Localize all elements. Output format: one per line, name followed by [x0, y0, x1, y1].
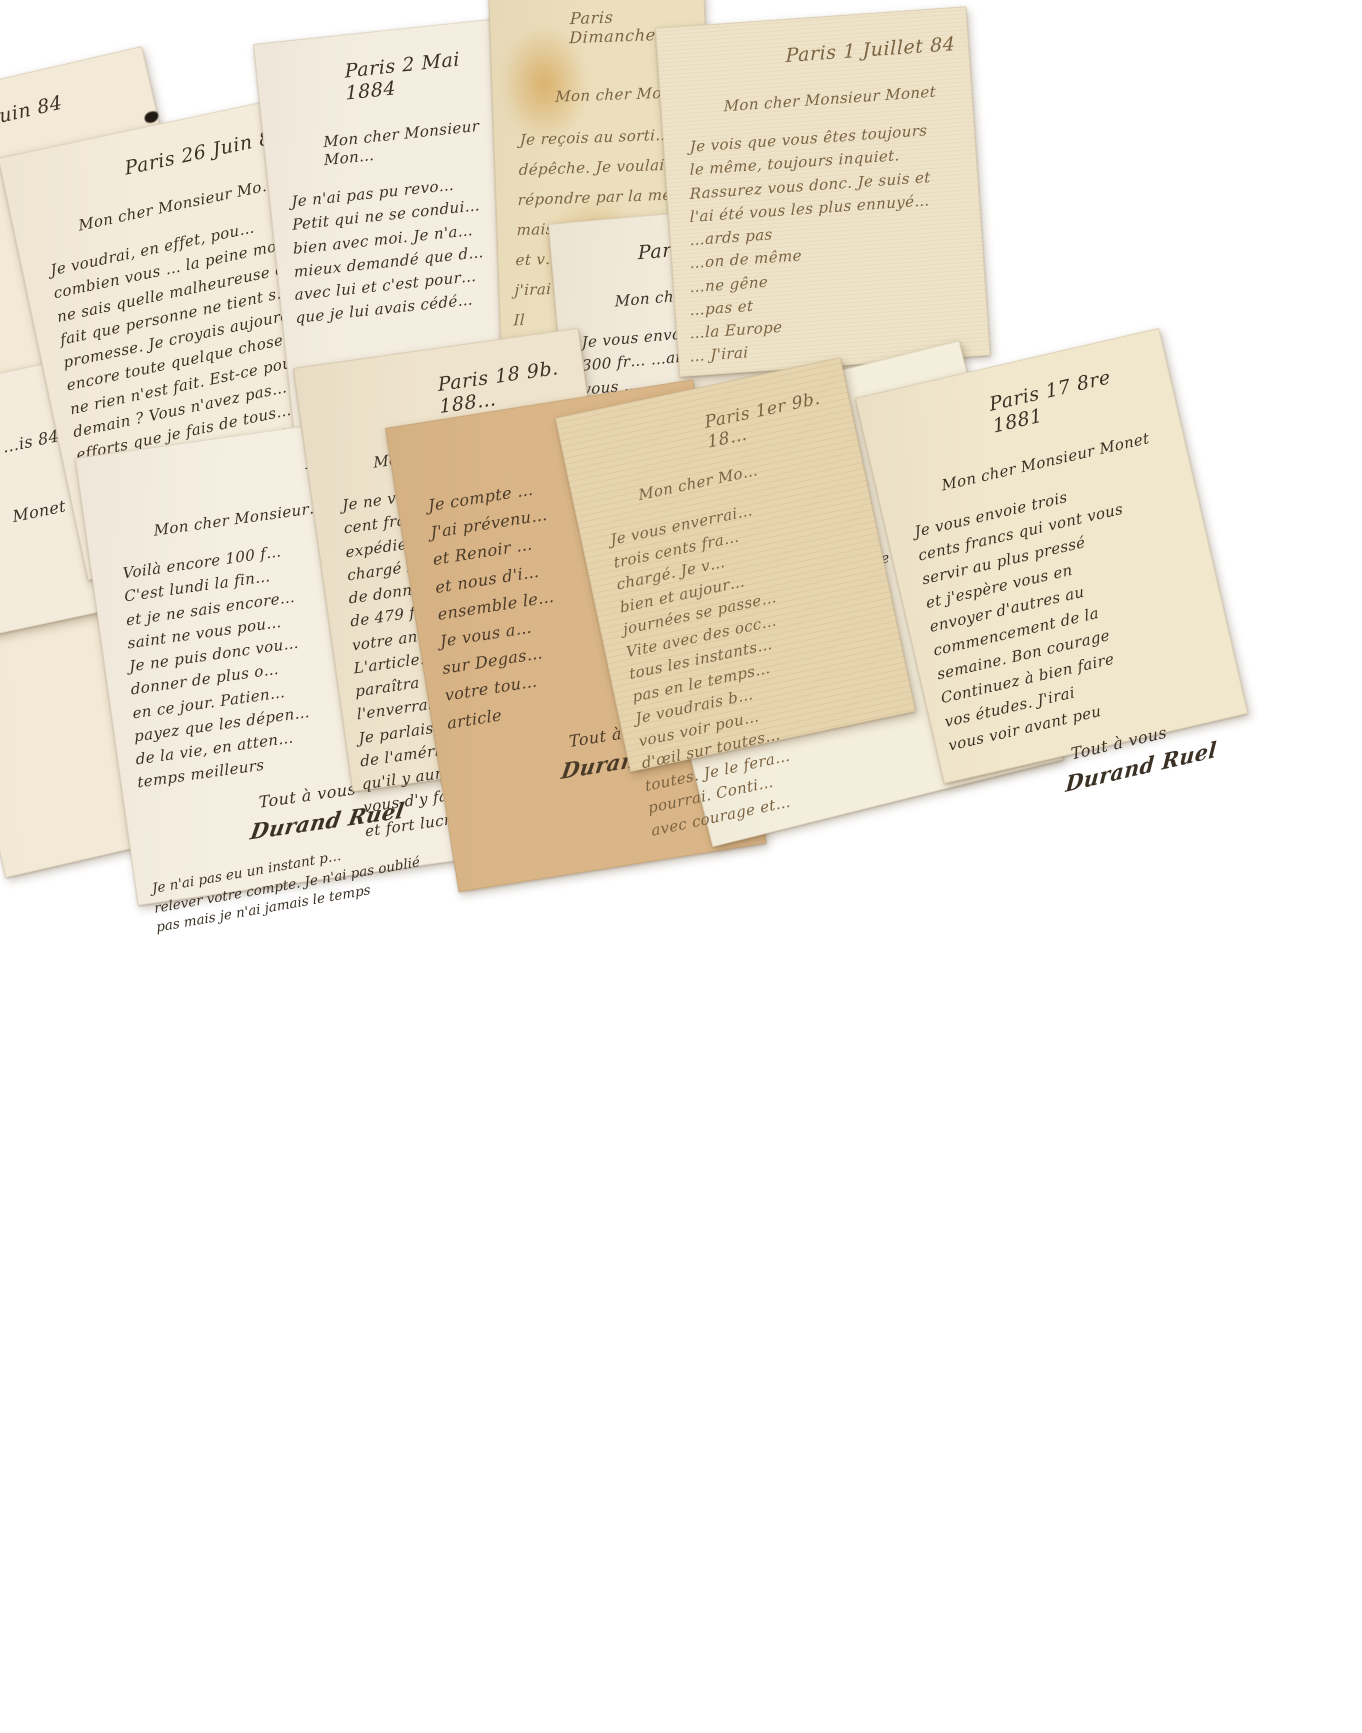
letter-body: Je vous enverrai… trois cents fra… charg…	[609, 478, 896, 842]
letter-date: Paris 2 Mai 1884	[344, 44, 505, 105]
letter-date: Paris 17 8re 1881	[988, 355, 1164, 438]
letter-salutation: Mon cher Monsieur Mon…	[323, 114, 507, 169]
letter-date: Paris 1 Juillet 84	[786, 33, 958, 67]
letter-body: Je vous envoie trois cents francs qui vo…	[913, 460, 1212, 758]
letter-date: Paris 1er 9b. 18…	[704, 384, 845, 452]
letter-salutation: Mon cher Monsieur Monet	[724, 81, 957, 115]
ink-blot	[144, 110, 159, 124]
letter-1-juillet-84: Paris 1 Juillet 84 Mon cher Monsieur Mon…	[655, 6, 991, 377]
letter-postscript: Je n'ai pas eu un instant p… relever vot…	[151, 824, 473, 938]
photo-of-letters: … 20 Juin 84 … Je… f… vo… J… en… u… … vo…	[0, 0, 1362, 1733]
letter-body: Je n'ai pas pu revo… Petit qui ne se con…	[291, 168, 513, 331]
letter-body: Je vois que vous êtes toujours le même, …	[690, 117, 957, 369]
